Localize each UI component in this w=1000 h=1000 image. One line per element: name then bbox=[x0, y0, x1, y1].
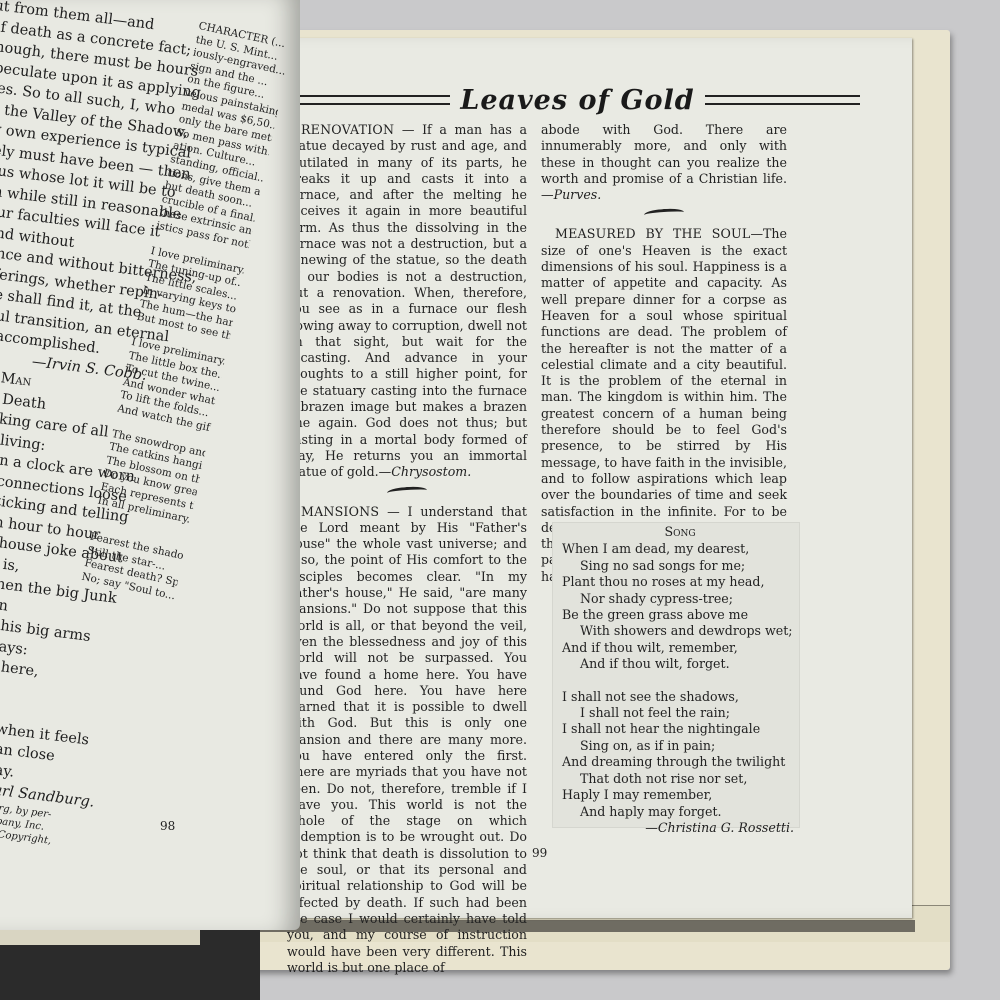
header-rule-right bbox=[705, 95, 860, 105]
attribution: —Purves. bbox=[541, 187, 601, 202]
poem-line: Haply I may remember, bbox=[562, 787, 798, 803]
poem-line: And if thou wilt, forget. bbox=[562, 656, 798, 672]
header-rule-left bbox=[295, 95, 450, 105]
poem-line: And if thou wilt, remember, bbox=[562, 640, 798, 656]
entry-mansions-continued: abode with God. There are innumerably mo… bbox=[541, 122, 787, 203]
page-header: Leaves of Gold bbox=[295, 82, 860, 118]
poem-line: Sing no sad songs for me; bbox=[562, 558, 798, 574]
topic-heading: MANSIONS bbox=[301, 504, 379, 519]
poem-line: That doth not rise nor set, bbox=[562, 771, 798, 787]
page-number-left: 98 bbox=[160, 819, 175, 833]
poem-line: Nor shady cypress-tree; bbox=[562, 591, 798, 607]
page-number-right: 99 bbox=[532, 846, 547, 860]
poem-line: Be the green grass above me bbox=[562, 607, 798, 623]
poem-line: And haply may forget. bbox=[562, 804, 798, 820]
ornament-divider bbox=[644, 208, 685, 220]
entry-text: abode with God. There are innumerably mo… bbox=[541, 122, 787, 186]
topic-heading: RENOVATION bbox=[301, 122, 394, 137]
poem-line: With showers and dewdrops wet; bbox=[562, 623, 798, 639]
right-page-column-1: RENOVATION — If a man has a statue decay… bbox=[287, 122, 527, 976]
poem-line: Plant thou no roses at my head, bbox=[562, 574, 798, 590]
entry-text: — If a man has a statue decayed by rust … bbox=[287, 122, 527, 479]
left-page-content: ...ut from them all—and ...of death as a… bbox=[0, 0, 300, 930]
poem-attribution: —Christina G. Rossetti. bbox=[562, 820, 798, 836]
ornament-divider bbox=[387, 485, 428, 497]
poem-line: I shall not hear the nightingale bbox=[562, 721, 798, 737]
poem-line: Sing on, as if in pain; bbox=[562, 738, 798, 754]
poem-line: I shall not see the shadows, bbox=[562, 689, 798, 705]
entry-text: — I understand that the Lord meant by Hi… bbox=[287, 504, 527, 975]
poem-song: Song When I am dead, my dearest, Sing no… bbox=[562, 524, 798, 836]
header-title: Leaves of Gold bbox=[450, 85, 704, 116]
attribution: —Chrysostom. bbox=[379, 464, 472, 479]
poem-line: I shall not feel the rain; bbox=[562, 705, 798, 721]
poem-line: And dreaming through the twilight bbox=[562, 754, 798, 770]
poem-line: When I am dead, my dearest, bbox=[562, 541, 798, 557]
topic-heading: MEASURED BY THE SOUL bbox=[555, 226, 750, 241]
entry-mansions: MANSIONS — I understand that the Lord me… bbox=[287, 504, 527, 977]
entry-renovation: RENOVATION — If a man has a statue decay… bbox=[287, 122, 527, 481]
poem-title: Song bbox=[562, 524, 798, 540]
